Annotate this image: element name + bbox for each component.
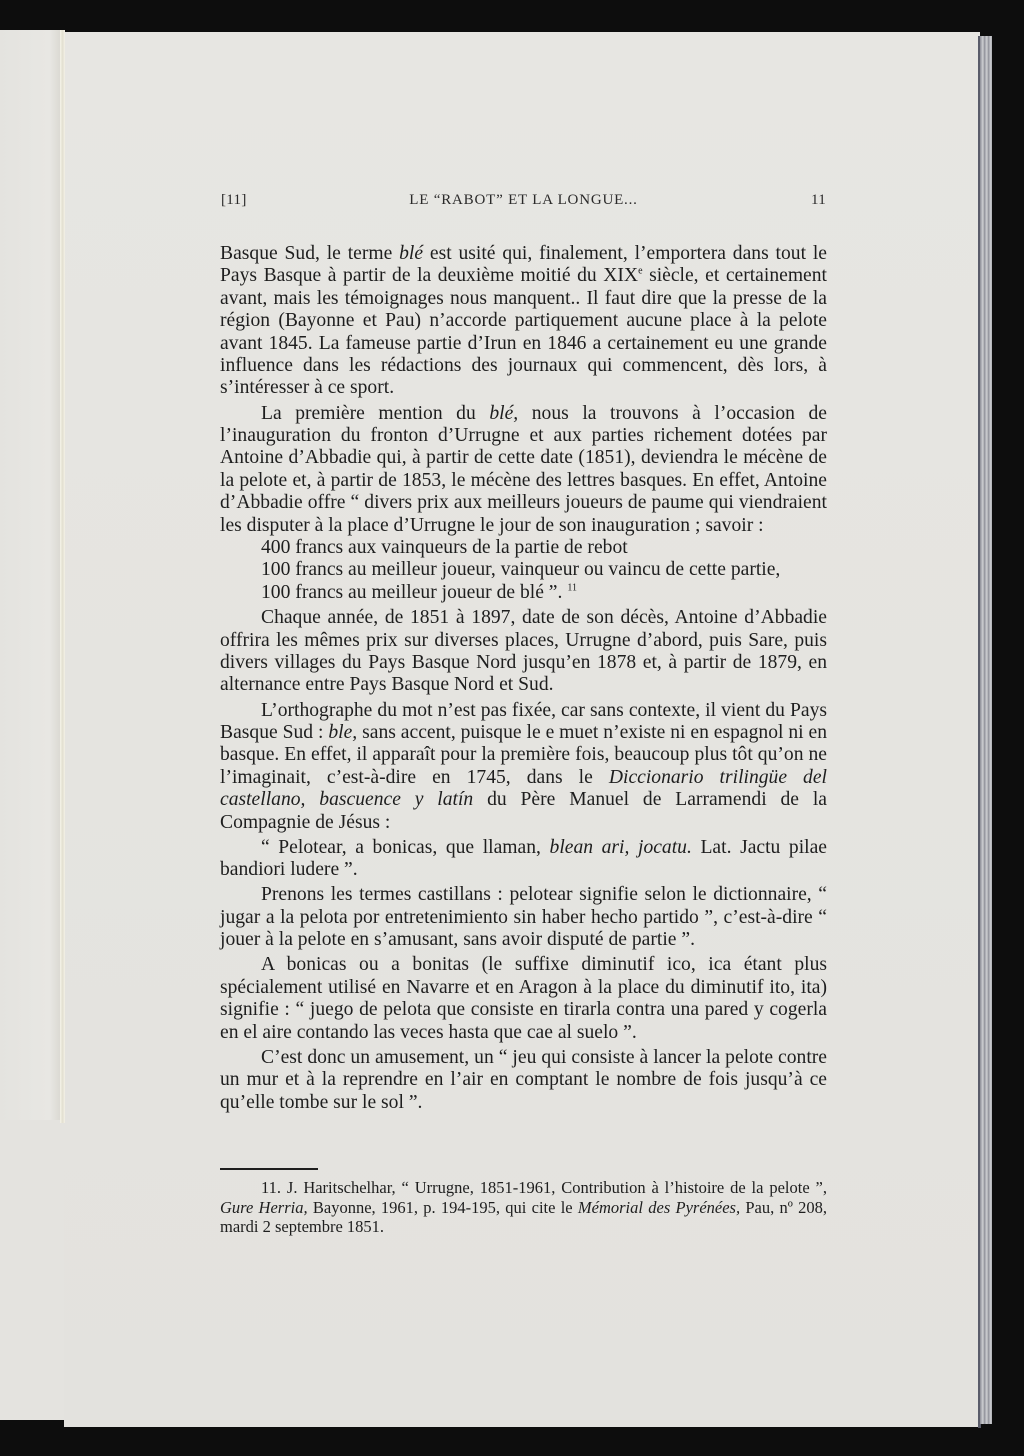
footnote-11: 11. J. Haritschelhar, “ Urrugne, 1851-19… — [220, 1178, 827, 1237]
footnote-ref: 11 — [567, 582, 577, 593]
page-number: 11 — [811, 192, 826, 209]
footnotes: 11. J. Haritschelhar, “ Urrugne, 1851-19… — [220, 1178, 827, 1237]
facing-page-left — [0, 30, 62, 1123]
paragraph-3: Chaque année, de 1851 à 1897, date de so… — [220, 607, 827, 697]
running-title: LE “RABOT” ET LA LONGUE... — [221, 192, 826, 209]
paragraph-8: C’est donc un amusement, un “ jeu qui co… — [220, 1047, 827, 1114]
footnote-rule — [220, 1168, 318, 1170]
paragraph-2: La première mention du blé, nous la trou… — [220, 403, 827, 537]
paragraph-1: Basque Sud, le terme blé est usité qui, … — [220, 243, 827, 400]
facing-page-left-lower — [0, 1120, 64, 1420]
book-gutter — [60, 30, 65, 1123]
prize-line-1: 400 francs aux vainqueurs de la partie d… — [220, 537, 827, 559]
page-edge-stack — [980, 36, 992, 1424]
paragraph-4: L’orthographe du mot n’est pas fixée, ca… — [220, 700, 827, 834]
paragraph-6: Prenons les termes castillans : pelotear… — [220, 884, 827, 951]
quote-paragraph: “ Pelotear, a bonicas, que llaman, blean… — [220, 837, 827, 882]
running-header: [11] LE “RABOT” ET LA LONGUE... 11 — [221, 192, 826, 212]
term-ble: blé — [399, 243, 423, 264]
body-text: Basque Sud, le terme blé est usité qui, … — [220, 243, 827, 1114]
prize-line-3: 100 francs au meilleur joueur de blé ”. … — [220, 582, 827, 604]
paragraph-7: A bonicas ou a bonitas (le suffixe dimin… — [220, 954, 827, 1044]
prize-line-2: 100 francs au meilleur joueur, vainqueur… — [220, 559, 827, 581]
